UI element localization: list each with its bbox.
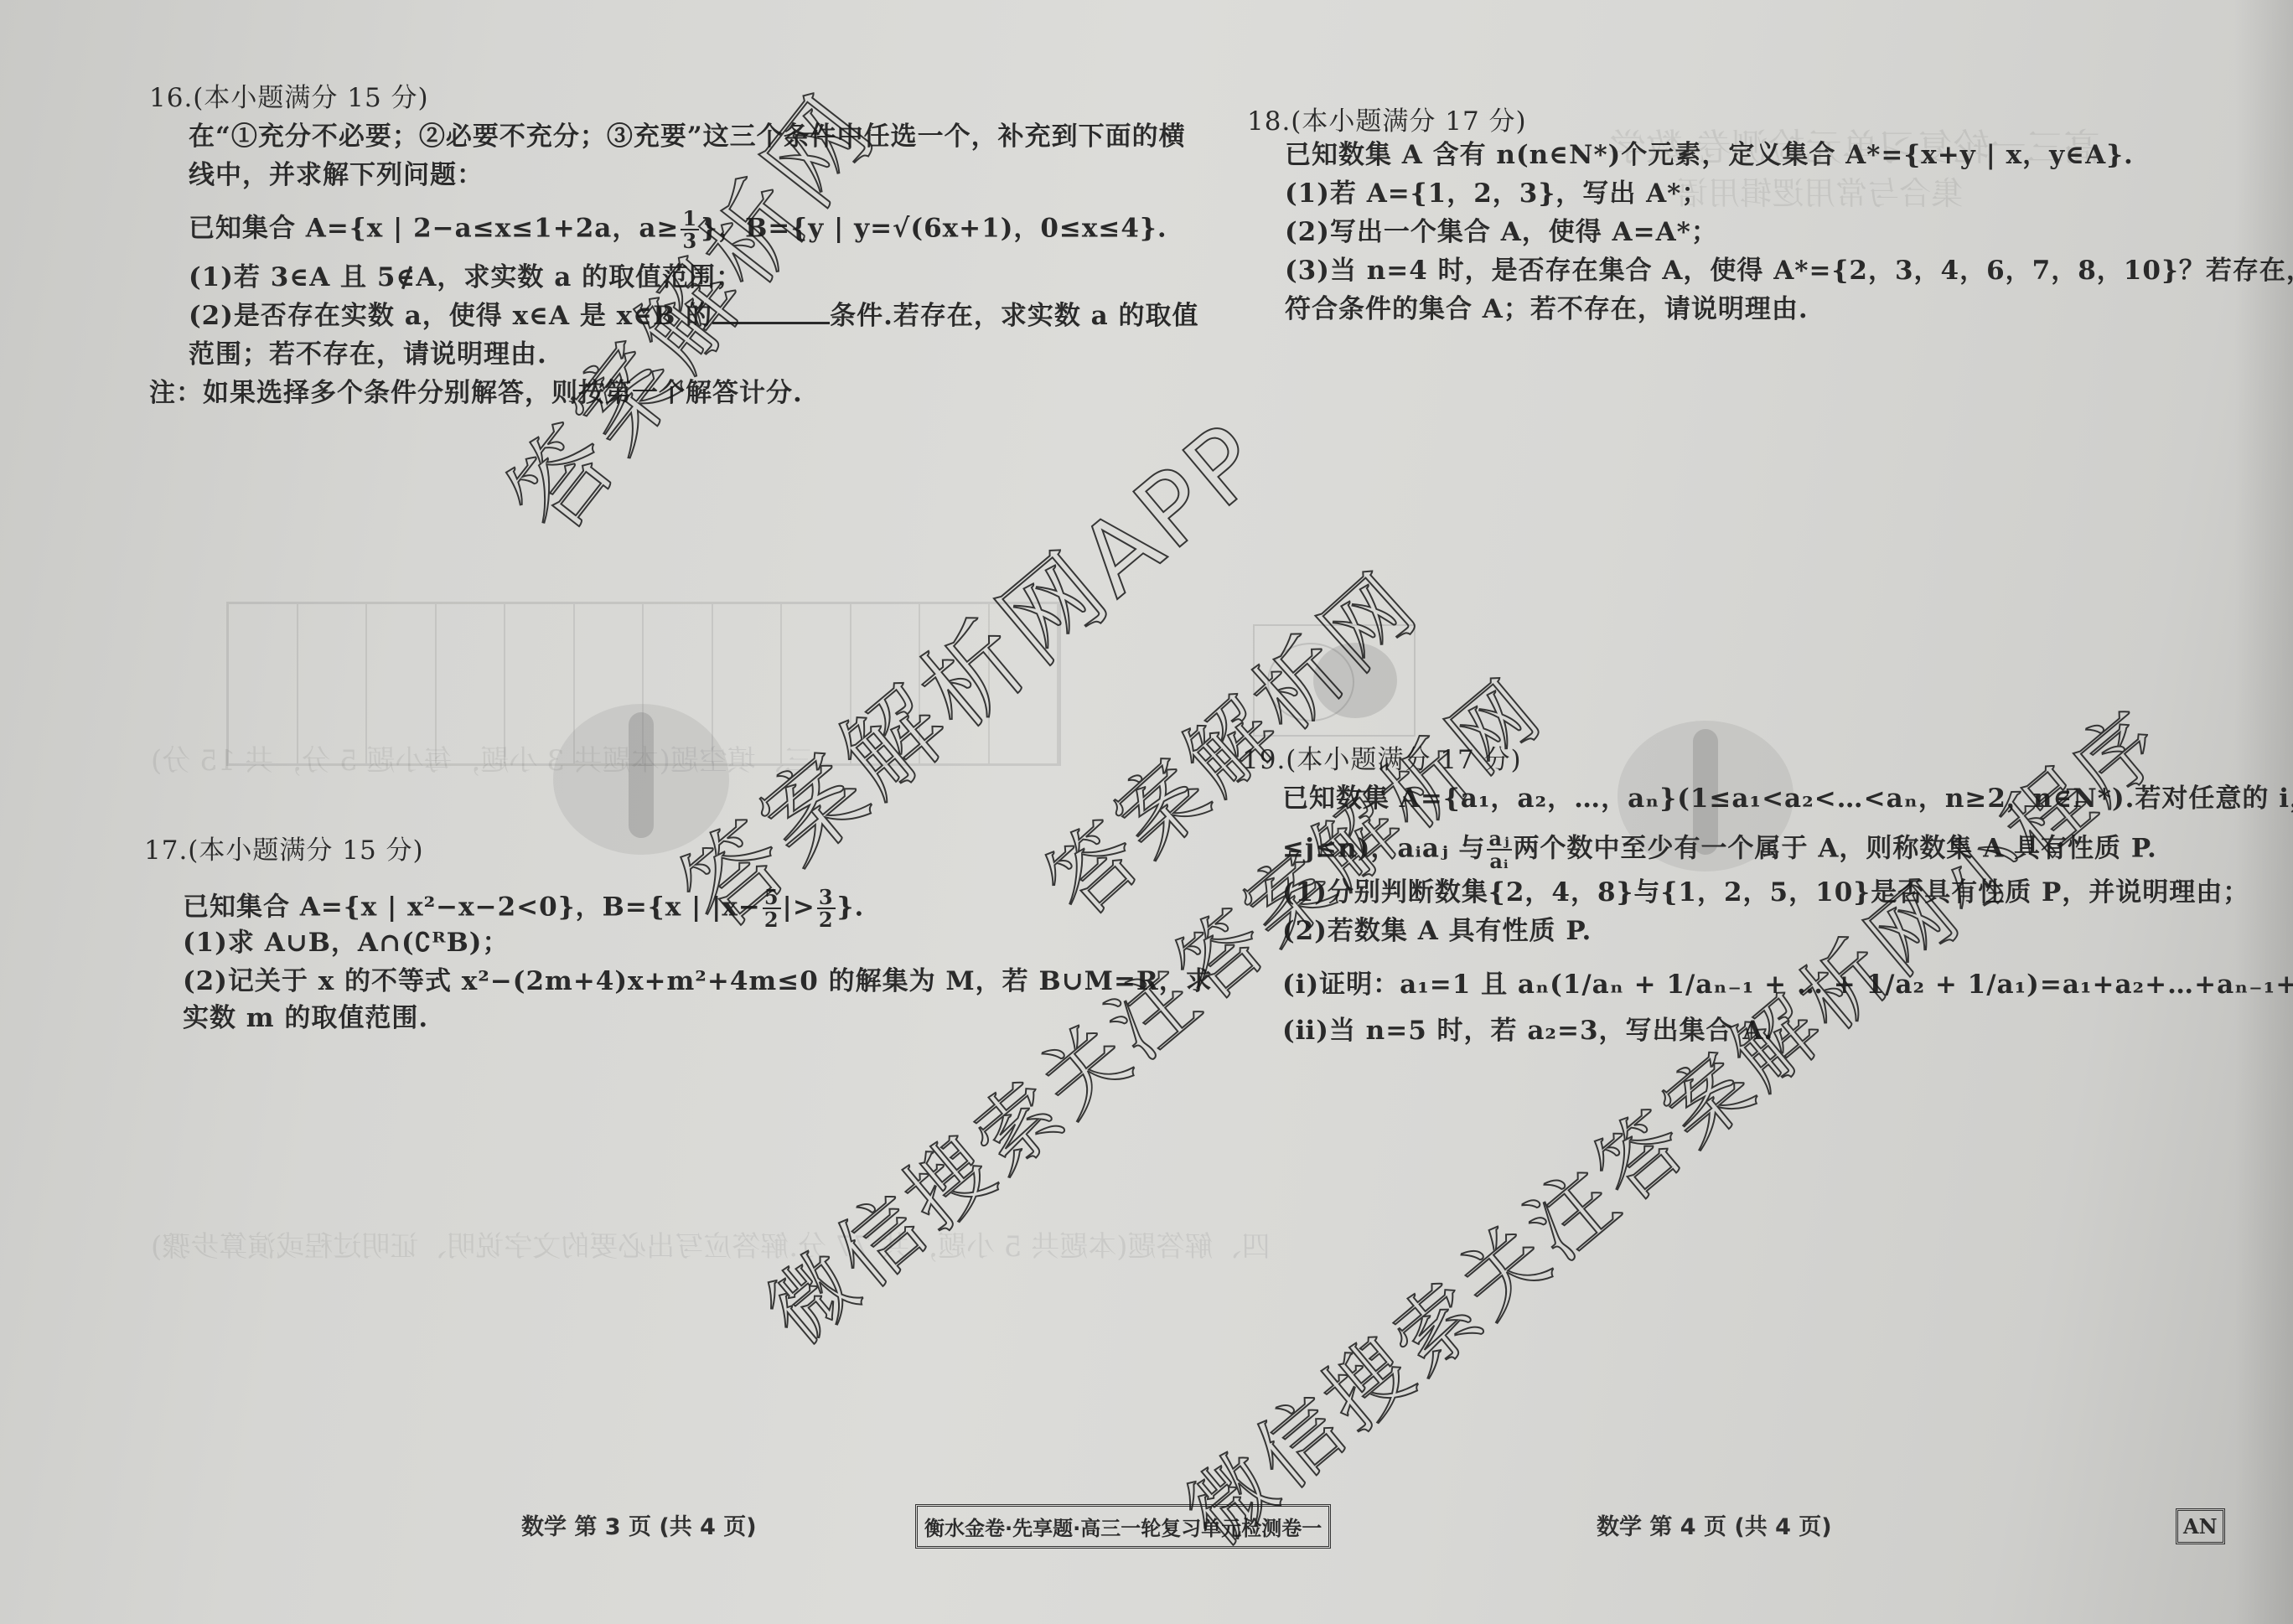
footer-code-badge: AN: [2176, 1508, 2225, 1544]
q18-part-3: (3)当 n=4 时，是否存在集合 A，使得 A*={2，3，4，6，7，8，1…: [1285, 258, 2293, 284]
q16-setA-prefix: 已知集合 A=: [189, 214, 349, 244]
q16-part-2-cont: 范围；若不存在，请说明理由.: [189, 342, 547, 368]
q18-header: 18.(本小题满分 17 分): [1247, 109, 1527, 135]
q16-answer-blank[interactable]: [712, 322, 830, 324]
q19-part-1: (1)分别判断数集{2，4，8}与{1，2，5，10}是否具有性质 P，并说明理…: [1282, 880, 2249, 906]
q19-given: 已知数集 A={a₁，a₂，…，aₙ}(1≤a₁<a₂<…<aₙ，n≥2，n∈N…: [1282, 786, 2293, 812]
q19-given-2: ≤j≤n)，aᵢaⱼ 与aⱼaᵢ两个数中至少有一个属于 A，则称数集 A 具有性…: [1282, 828, 2157, 871]
q16-setA-body: x | 2−a≤x≤1+2a，a≥: [367, 214, 680, 244]
q16-setB: ，B={y | y=√(6x+1)，0≤x≤4}.: [718, 214, 1167, 244]
q19-header: 19.(本小题满分 17 分): [1242, 747, 1522, 773]
bleed-through-subtitle: 集合与常用逻辑用语: [1676, 168, 1963, 214]
q17-part-2-cont: 实数 m 的取值范围.: [183, 1006, 428, 1032]
bleed-through-section4: 四、解答题(本题共 5 小题，共 77 分.解答应写出必要的文字说明、证明过程或…: [151, 1223, 1270, 1265]
q19-part-2-ii: (ⅱ)当 n=5 时，若 a₂=3，写出集合 A.: [1282, 1018, 1773, 1044]
q16-line-1: 在“①充分不必要；②必要不充分；③充要”这三个条件中任选一个，补充到下面的横: [189, 124, 1186, 150]
q16-fraction: 13: [681, 208, 699, 251]
q16-note: 注：如果选择多个条件分别解答，则按第一个解答计分.: [149, 380, 803, 406]
q17-given-sets: 已知集合 A={x | x²−x−2<0}，B={x | |x−52|>32}.: [183, 887, 864, 930]
q18-part-2: (2)写出一个集合 A，使得 A=A*；: [1285, 220, 1718, 246]
q17-part-2: (2)记关于 x 的不等式 x²−(2m+4)x+m²+4m≤0 的解集为 M，…: [183, 969, 1213, 995]
q18-given: 已知数集 A 含有 n(n∈N*)个元素，定义集合 A*={x+y | x，y∈…: [1285, 142, 2134, 168]
q16-part-1: (1)若 3∈A 且 5∉A，求实数 a 的取值范围；: [189, 265, 743, 291]
q16-header: 16.(本小题满分 15 分): [149, 85, 429, 111]
q17-header: 17.(本小题满分 15 分): [144, 838, 424, 864]
q19-part-2: (2)若数集 A 具有性质 P.: [1282, 918, 1592, 944]
footer-page-4: 数学 第 4 页 (共 4 页): [1597, 1508, 1832, 1541]
q16-given-sets: 已知集合 A={x | 2−a≤x≤1+2a，a≥13}，B={y | y=√(…: [189, 208, 1167, 251]
q17-part-1: (1)求 A∪B，A∩(∁ᴿB)；: [183, 930, 509, 956]
footer-page-3: 数学 第 3 页 (共 4 页): [521, 1508, 757, 1541]
q19-part-2-i: (ⅰ)证明：a₁=1 且 aₙ(1/aₙ + 1/aₙ₋₁ + … + 1/a₂…: [1282, 972, 2293, 998]
footer-exam-title: 衡水金卷·先享题·高三一轮复习单元检测卷一: [915, 1504, 1331, 1549]
bleed-through-venn-diagram: [1253, 624, 1416, 737]
q16-line-2: 线中，并求解下列问题：: [189, 163, 484, 189]
q16-part-2: (2)是否存在实数 a，使得 x∈A 是 x∈B 的条件.若存在，求实数 a 的…: [189, 303, 1199, 329]
publisher-logo-left: [553, 704, 729, 855]
q18-part-1: (1)若 A={1，2，3}，写出 A*；: [1285, 181, 1708, 207]
q18-part-3-cont: 符合条件的集合 A；若不存在，请说明理由.: [1285, 297, 1809, 323]
